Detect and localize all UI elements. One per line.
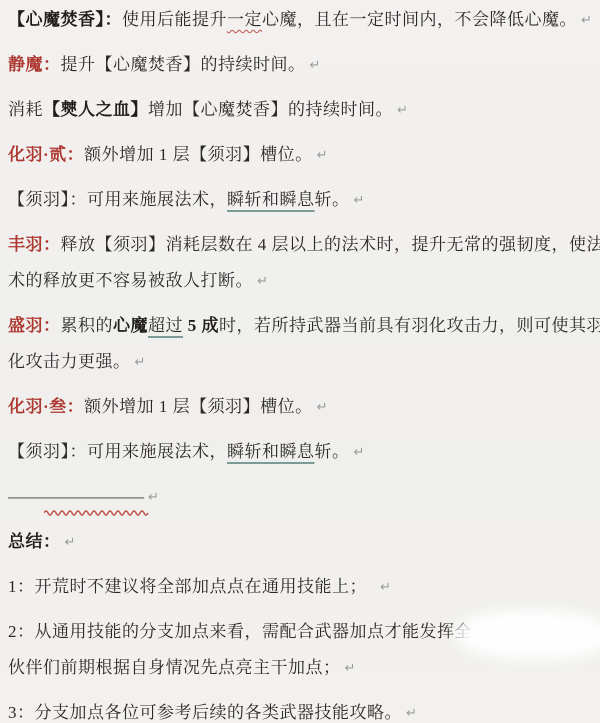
paragraph-return-icon: ↵ — [380, 580, 391, 595]
paragraph-return-icon: ↵ — [148, 490, 159, 505]
text-line: 化攻击力更强。↵ — [8, 350, 596, 375]
text-line: 【须羽】：可用来施展法术，瞬斩和瞬息斩。↵ — [8, 440, 596, 465]
text-run: 瞬斩和瞬息 — [227, 190, 315, 209]
paragraph-return-icon: ↵ — [397, 103, 408, 118]
text-line: 丰羽：释放【须羽】消耗层数在 4 层以上的法术时，提升无常的强韧度，使法 — [8, 233, 596, 257]
text-run: 心魔，且在一定时间内，不会降低心魔。 — [262, 10, 577, 29]
text-run: 一定 — [227, 10, 262, 29]
document-page: 【心魔焚香】：使用后能提升一定心魔，且在一定时间内，不会降低心魔。↵静魔：提升【… — [0, 0, 600, 723]
text-run: 额外增加 1 层【须羽】槽位。 — [84, 145, 313, 164]
text-line: 【心魔焚香】：使用后能提升一定心魔，且在一定时间内，不会降低心魔。↵ — [8, 8, 596, 33]
paragraph-return-icon: ↵ — [135, 355, 146, 370]
text-run: 【心魔焚香】： — [8, 10, 122, 29]
text-run: 消耗 — [8, 100, 43, 119]
text-line: 2：从通用技能的分支加点来看，需配合武器加点才能发挥全 — [8, 620, 596, 644]
paragraph-return-icon: ↵ — [354, 445, 365, 460]
red-wavy-underline-icon — [44, 509, 150, 517]
text-run: 盛羽： — [8, 316, 61, 335]
text-run: 3：分支加点各位可参考后续的各类武器技能攻略。 — [8, 703, 402, 722]
text-run: 斩。 — [315, 190, 350, 209]
text-run: 累积的 — [61, 316, 114, 335]
text-line: 化羽·贰：额外增加 1 层【须羽】槽位。↵ — [8, 143, 596, 168]
text-run: 释放【须羽】消耗层数在 4 层以上的法术时，提升无常的强韧度，使法 — [61, 235, 600, 254]
paragraph-return-icon: ↵ — [317, 148, 328, 163]
text-run: 【须羽】：可用来施展法术， — [8, 442, 227, 461]
text-run: 使用后能提升 — [122, 10, 227, 29]
text-run: 增加【心魔焚香】的持续时间。 — [148, 100, 393, 119]
text-line: ————————↵ — [8, 485, 596, 510]
text-run: 【须羽】：可用来施展法术， — [8, 190, 227, 209]
paragraph-return-icon: ↵ — [257, 274, 268, 289]
text-line: 消耗【僰人之血】增加【心魔焚香】的持续时间。↵ — [8, 98, 596, 123]
text-run: 伙伴们前期根据自身情况先点亮主干加点； — [8, 658, 341, 677]
text-run: 2：从通用技能的分支加点来看，需配合武器加点才能发挥全 — [8, 622, 472, 641]
document-body: 【心魔焚香】：使用后能提升一定心魔，且在一定时间内，不会降低心魔。↵静魔：提升【… — [8, 8, 596, 723]
text-run: 【僰人之血】 — [43, 100, 148, 119]
censor-blur-smudge — [456, 610, 600, 660]
text-line: 静魔：提升【心魔焚香】的持续时间。↵ — [8, 53, 596, 78]
text-run: 1：开荒时不建议将全部加点点在通用技能上； — [8, 577, 376, 596]
text-run: 化攻击力更强。 — [8, 352, 131, 371]
separator-dash-line: ———————— — [8, 487, 144, 506]
text-line: 【须羽】：可用来施展法术，瞬斩和瞬息斩。↵ — [8, 188, 596, 213]
paragraph-return-icon: ↵ — [317, 400, 328, 415]
text-run: 5 成 — [188, 316, 219, 335]
text-run: 瞬斩和瞬息 — [227, 442, 315, 461]
text-line: 盛羽：累积的心魔超过 5 成时，若所持武器当前具有羽化攻击力，则可使其羽 — [8, 314, 596, 338]
text-run: 时，若所持武器当前具有羽化攻击力，则可使其羽 — [219, 316, 600, 335]
text-run: 斩。 — [315, 442, 350, 461]
paragraph-return-icon: ↵ — [310, 58, 321, 73]
text-run: 静魔： — [8, 55, 61, 74]
text-run: 术的释放更不容易被敌人打断。 — [8, 271, 253, 290]
text-line: 总结：↵ — [8, 530, 596, 555]
text-run: 化羽·贰： — [8, 145, 84, 164]
text-run: 提升【心魔焚香】的持续时间。 — [61, 55, 306, 74]
text-run: 总结： — [8, 532, 61, 551]
text-run: 心魔 — [113, 316, 148, 335]
text-line: 伙伴们前期根据自身情况先点亮主干加点；↵ — [8, 656, 596, 681]
paragraph-return-icon: ↵ — [406, 706, 417, 721]
paragraph-return-icon: ↵ — [65, 535, 76, 550]
paragraph-return-icon: ↵ — [581, 13, 592, 28]
text-run: 化羽·叁： — [8, 397, 84, 416]
paragraph-return-icon: ↵ — [345, 661, 356, 676]
text-run: 丰羽： — [8, 235, 61, 254]
text-run: 超过 — [148, 316, 183, 335]
text-line: 1：开荒时不建议将全部加点点在通用技能上； ↵ — [8, 575, 596, 600]
text-line: 3：分支加点各位可参考后续的各类武器技能攻略。↵ — [8, 701, 596, 723]
paragraph-return-icon: ↵ — [354, 193, 365, 208]
text-line: 术的释放更不容易被敌人打断。↵ — [8, 269, 596, 294]
text-line: 化羽·叁：额外增加 1 层【须羽】槽位。↵ — [8, 395, 596, 420]
text-run: 额外增加 1 层【须羽】槽位。 — [84, 397, 313, 416]
